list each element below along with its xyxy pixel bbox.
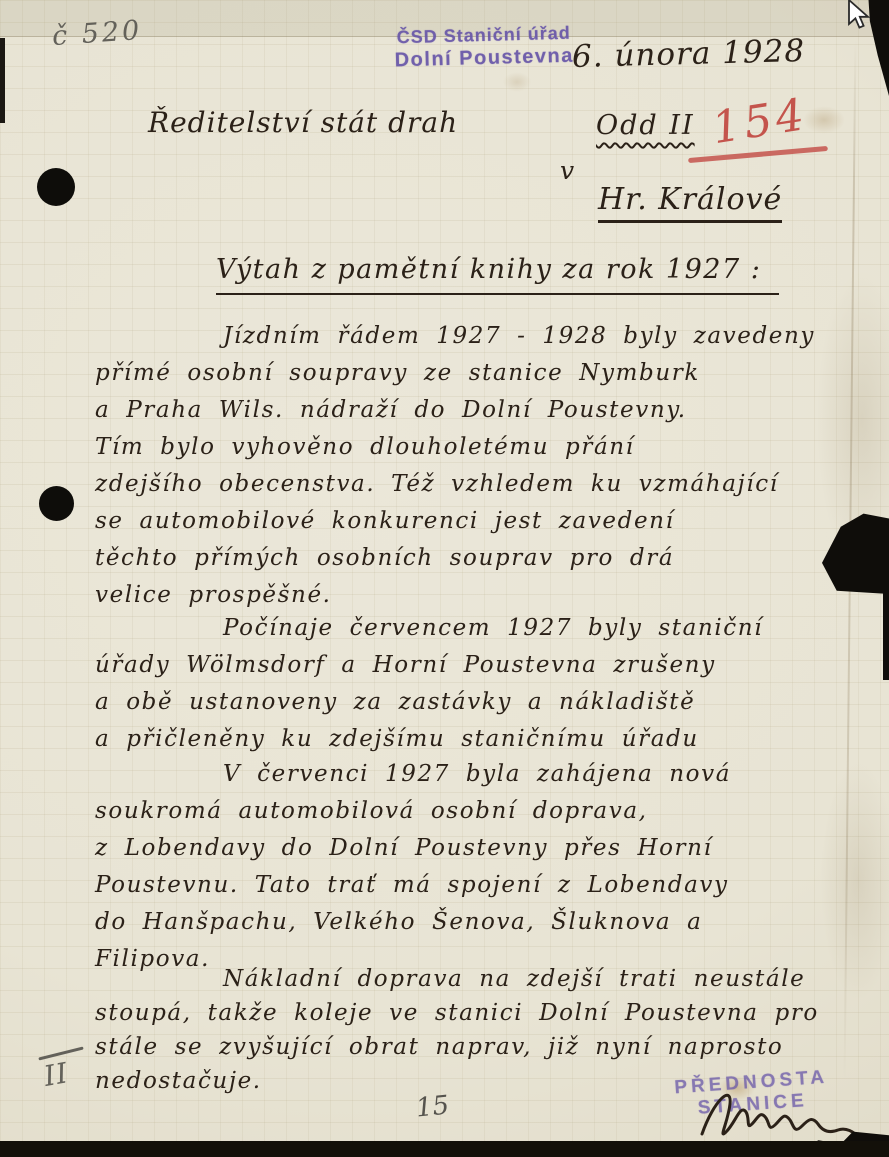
body-line: Tím bylo vyhověno dlouholetému přání (95, 429, 865, 466)
body-line: stoupá, takže koleje ve stanici Dolní Po… (95, 996, 865, 1030)
body-line: z Lobendavy do Dolní Poustevny přes Horn… (95, 830, 865, 867)
body-line: Poustevnu. Tato trať má spojení z Lobend… (95, 867, 865, 904)
reference-number: č 520 (51, 15, 143, 52)
addressee-preposition: v (560, 156, 574, 185)
mouse-cursor-icon (847, 0, 873, 34)
body-line: úřady Wölmsdorf a Horní Poustevna zrušen… (95, 647, 865, 684)
torn-edge-right-strip (883, 560, 889, 680)
addressee-office: Ředitelství stát drah (148, 106, 458, 139)
body-line: a přičleněny ku zdejšímu staničnímu úřad… (95, 721, 865, 758)
body-line: Počínaje červencem 1927 byly staniční (95, 610, 865, 647)
body-line: V červenci 1927 byla zahájena nová (95, 756, 865, 793)
body-line: soukromá automobilová osobní doprava, (95, 793, 865, 830)
body-line: velice prospěšné. (95, 577, 865, 614)
document-date: 6. února 1928 (572, 33, 806, 75)
document-title: Výtah z pamětní knihy za rok 1927 : (216, 254, 779, 295)
body-line: a Praha Wils. nádraží do Dolní Poustevny… (95, 392, 865, 429)
body-line: Nákladní doprava na zdejší trati neustál… (95, 962, 865, 996)
body-line: těchto přímých osobních souprav pro drá (95, 540, 865, 577)
page-number: 15 (415, 1090, 451, 1123)
left-edge-shadow (0, 38, 5, 123)
body-line: stále se zvyšující obrat naprav, již nyn… (95, 1030, 865, 1064)
body-line: přímé osobní soupravy ze stanice Nymburk (95, 355, 865, 392)
scanner-background-bottom (0, 1141, 889, 1157)
addressee-department: Odd II (596, 110, 695, 141)
paragraph-1: Jízdním řádem 1927 - 1928 byly zavedeny … (95, 318, 865, 614)
addressee-city: Hr. Králové (598, 182, 782, 223)
paragraph-3: V červenci 1927 byla zahájena nová soukr… (95, 756, 865, 978)
punch-hole-top (37, 168, 75, 206)
body-line: Jízdním řádem 1927 - 1928 byly zavedeny (95, 318, 865, 355)
body-line: zdejšího obecenstva. Též vzhledem ku vzm… (95, 466, 865, 503)
body-line: a obě ustanoveny za zastávky a nákladišt… (95, 684, 865, 721)
body-line: do Hanšpachu, Velkého Šenova, Šluknova a (95, 904, 865, 941)
paragraph-2: Počínaje červencem 1927 byly staniční úř… (95, 610, 865, 758)
station-stamp: ČSD Staniční úřad Dolní Poustevna (377, 21, 590, 73)
scanned-document: č 520 ČSD Staniční úřad Dolní Poustevna … (0, 0, 889, 1157)
body-line: se automobilové konkurenci jest zavedení (95, 503, 865, 540)
punch-hole-bottom (39, 486, 74, 521)
